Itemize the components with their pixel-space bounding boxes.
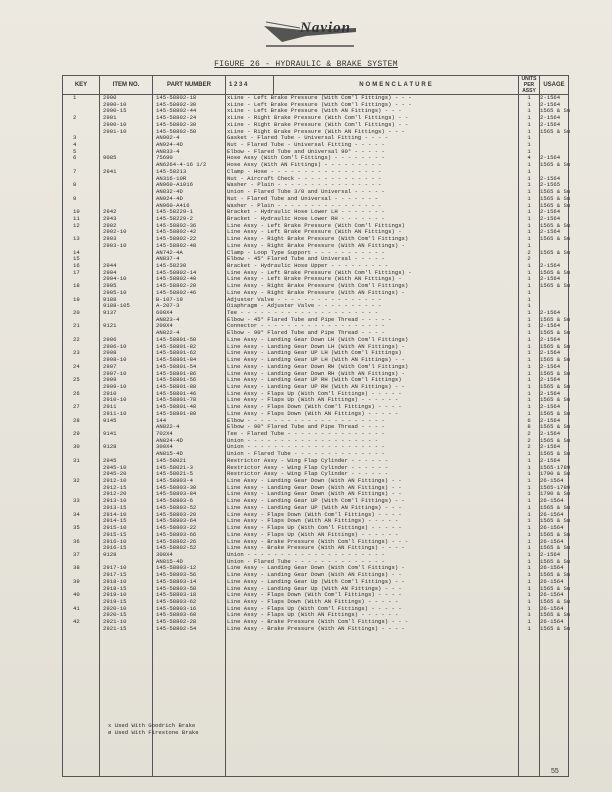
units-cell: 1 bbox=[520, 411, 538, 418]
part-number-cell: AN815-4D bbox=[156, 451, 226, 458]
part-number-cell: 145-58229-1 bbox=[156, 209, 226, 216]
key-cell: 13 bbox=[67, 236, 89, 243]
units-cell: 1 bbox=[520, 122, 538, 129]
usage-cell: 2-1564 bbox=[540, 458, 570, 465]
units-cell: 1 bbox=[520, 364, 538, 371]
units-cell: 1 bbox=[520, 552, 538, 559]
item-no-cell: 2909 bbox=[103, 377, 148, 384]
table-row: 2900-15145-58802-44xLine - Left Brake Pr… bbox=[63, 108, 568, 115]
usage-cell: 26-1564 bbox=[540, 478, 570, 485]
key-cell: 35 bbox=[67, 525, 89, 532]
key-cell: 42 bbox=[67, 619, 89, 626]
nomenclature-cell: Bracket - Hydraulic Hose Upper - - - - -… bbox=[227, 263, 517, 270]
units-cell: 1 bbox=[520, 471, 538, 478]
table-row: 2901-10145-58802-50xLine - Right Brake P… bbox=[63, 129, 568, 136]
part-number-cell: 145-58802-30 bbox=[156, 102, 226, 109]
key-cell: 31 bbox=[67, 458, 89, 465]
table-row: AN824-4DUnion - - - - - - - - - - - - - … bbox=[63, 438, 568, 445]
usage-cell: 2-1564 bbox=[540, 364, 570, 371]
table-row: 72941145-58213Clamp - Hose - - - - - - -… bbox=[63, 169, 568, 176]
usage-cell: 1565 & Subs bbox=[540, 586, 570, 593]
usage-cell: 2-1564 bbox=[540, 276, 570, 283]
table-row: 2913-15145-58803-52Line Assy - Landing G… bbox=[63, 505, 568, 512]
table-row: AN815-4DUnion - Flared Tube - - - - - - … bbox=[63, 451, 568, 458]
usage-cell: 1565 & Subs bbox=[540, 357, 570, 364]
table-row: 382917-10145-58803-12Line Assy - Landing… bbox=[63, 565, 568, 572]
item-no-cell: 2945 bbox=[103, 458, 148, 465]
part-number-cell: 145-58021-5 bbox=[156, 471, 226, 478]
usage-cell: 2-1564 bbox=[540, 310, 570, 317]
nomenclature-cell: xLine - Left Brake Pressure (With AN Fit… bbox=[227, 108, 517, 115]
table-row: 2900-10145-58802-30xLine - Left Brake Pr… bbox=[63, 102, 568, 109]
table-row: AN832-4DUnion - Flared Tube 3/8 and Univ… bbox=[63, 189, 568, 196]
usage-cell: 1565 & Subs bbox=[540, 129, 570, 136]
col-indent-levels: 1 2 3 4 bbox=[226, 76, 274, 94]
usage-cell: 2-1564 bbox=[540, 155, 570, 162]
nomenclature-cell: Clamp - Loop Type Support - - - - - - - … bbox=[227, 250, 517, 257]
table-row: AN316-10RNut - Aircraft Check - - - - - … bbox=[63, 176, 568, 183]
nomenclature-cell: xLine - Right Brake Pressure (With Com'l… bbox=[227, 115, 517, 122]
part-number-cell: 145-58803-66 bbox=[156, 532, 226, 539]
part-number-cell: 145-58803-20 bbox=[156, 512, 226, 519]
table-row: 172904145-58802-14Line Assy - Left Brake… bbox=[63, 270, 568, 277]
table-row: 12900145-58802-18xLine - Left Brake Pres… bbox=[63, 95, 568, 102]
part-number-cell: 145-58801-88 bbox=[156, 384, 226, 391]
part-number-cell: AN822-4 bbox=[156, 424, 226, 431]
table-row: 2917-15145-58803-56Line Assy - Landing G… bbox=[63, 572, 568, 579]
usage-cell: 1790 & Subs bbox=[540, 471, 570, 478]
usage-cell: 1565 & Subs bbox=[540, 223, 570, 230]
part-number-cell: AN822-4 bbox=[156, 330, 226, 337]
table-row: 352915-10145-58803-22Line Assy - Flaps U… bbox=[63, 525, 568, 532]
item-no-cell: 2918-15 bbox=[103, 586, 148, 593]
nomenclature-cell: Union - - - - - - - - - - - - - - - - - … bbox=[227, 444, 517, 451]
table-row: 2912-20145-58803-84Line Assy - Landing G… bbox=[63, 491, 568, 498]
item-no-cell: 2911-10 bbox=[103, 411, 148, 418]
item-no-cell: 2908 bbox=[103, 350, 148, 357]
nomenclature-cell: Line Assy - Landing Gear Down (With AN F… bbox=[227, 485, 517, 492]
units-cell: 1 bbox=[520, 384, 538, 391]
item-no-cell: 2942 bbox=[103, 209, 148, 216]
nomenclature-cell: Line Assy - Left Brake Pressure (With Co… bbox=[227, 270, 517, 277]
key-cell: 22 bbox=[67, 337, 89, 344]
units-cell: 2 bbox=[520, 256, 538, 263]
table-row: 2905-10145-58802-46Line Assy - Right Bra… bbox=[63, 290, 568, 297]
usage-cell: 2-1564 bbox=[540, 95, 570, 102]
nomenclature-cell: xLine - Right Brake Pressure (With Com'l… bbox=[227, 122, 517, 129]
table-row: 182905145-58802-20Line Assy - Right Brak… bbox=[63, 283, 568, 290]
item-no-cell: 2902 bbox=[103, 223, 148, 230]
units-cell: 1 bbox=[520, 357, 538, 364]
nomenclature-cell: Line Assy - Landing Gear Down (With Com'… bbox=[227, 565, 517, 572]
units-cell: 1 bbox=[520, 337, 538, 344]
part-number-cell: 145-58802-42 bbox=[156, 229, 226, 236]
units-cell: 1 bbox=[520, 612, 538, 619]
key-cell: 7 bbox=[67, 169, 89, 176]
item-no-cell: 9085 bbox=[103, 155, 148, 162]
units-cell: 1 bbox=[520, 458, 538, 465]
item-no-cell: 2902-10 bbox=[103, 229, 148, 236]
part-number-cell: 145-58802-28 bbox=[156, 619, 226, 626]
part-number-cell: 145-58802-26 bbox=[156, 539, 226, 546]
usage-cell: 2-1564 bbox=[540, 350, 570, 357]
part-number-cell: 145-58803-22 bbox=[156, 525, 226, 532]
nomenclature-cell: Nut - Aircraft Check - - - - - - - - - -… bbox=[227, 176, 517, 183]
units-cell: 1 bbox=[520, 216, 538, 223]
table-row: 14AN742-4AClamp - Loop Type Support - - … bbox=[63, 250, 568, 257]
usage-cell: 2-1564 bbox=[540, 209, 570, 216]
table-row: 199188B-107-19Adjuster Valve - - - - - -… bbox=[63, 297, 568, 304]
usage-cell: 2-1564 bbox=[540, 176, 570, 183]
nomenclature-cell: Line Assy - Flaps Down (With AN Fittings… bbox=[227, 599, 517, 606]
table-row: 242907145-58801-54Line Assy - Landing Ge… bbox=[63, 364, 568, 371]
part-number-cell: 145-58213 bbox=[156, 169, 226, 176]
units-cell: 1 bbox=[520, 243, 538, 250]
part-number-cell: 145-58229-2 bbox=[156, 216, 226, 223]
item-no-cell: 9188 bbox=[103, 297, 148, 304]
table-row: 2906-10145-58801-82Line Assy - Landing G… bbox=[63, 344, 568, 351]
nomenclature-cell: Line Assy - Landing Gear Down LH (With A… bbox=[227, 344, 517, 351]
figure-title: FIGURE 26 - HYDRAULIC & BRAKE SYSTEM bbox=[0, 60, 612, 69]
item-no-cell: 2945-20 bbox=[103, 471, 148, 478]
col-key: KEY bbox=[63, 76, 100, 94]
table-row: 392918-10145-58803-14Line Assy - Landing… bbox=[63, 579, 568, 586]
item-no-cell: 2907 bbox=[103, 364, 148, 371]
table-row: 22901145-58802-24xLine - Right Brake Pre… bbox=[63, 115, 568, 122]
units-cell: 1 bbox=[520, 619, 538, 626]
key-cell: 4 bbox=[67, 142, 89, 149]
part-number-cell: AN833-4 bbox=[156, 149, 226, 156]
part-number-cell: 145-58803-4 bbox=[156, 478, 226, 485]
nomenclature-cell: Washer - Plain - - - - - - - - - - - - -… bbox=[227, 203, 517, 210]
units-cell: 1 bbox=[520, 142, 538, 149]
part-number-cell: AN924-4D bbox=[156, 142, 226, 149]
usage-cell: 1565 & Subs bbox=[540, 162, 570, 169]
usage-cell: 1565 & Subs bbox=[540, 189, 570, 196]
usage-cell: 1565 & Subs bbox=[540, 203, 570, 210]
col-nomenclature: NOMENCLATURE bbox=[275, 76, 519, 94]
nomenclature-cell: Line Assy - Landing Gear Up (With AN Fit… bbox=[227, 586, 517, 593]
table-row: 2945-10145-58021-3Restrictor Assy - Wing… bbox=[63, 465, 568, 472]
nomenclature-cell: Line Assy - Landing Gear Down (With AN F… bbox=[227, 572, 517, 579]
units-cell: 1 bbox=[520, 391, 538, 398]
nomenclature-cell: xLine - Right Brake Pressure (With AN Fi… bbox=[227, 129, 517, 136]
usage-cell: 2-1564 bbox=[540, 418, 570, 425]
units-cell: 1 bbox=[520, 592, 538, 599]
nomenclature-cell: Line Assy - Flaps Up (With Com'l Fitting… bbox=[227, 525, 517, 532]
table-row: 2912-15145-58803-30Line Assy - Landing G… bbox=[63, 485, 568, 492]
usage-cell: 1565 & Subs bbox=[540, 270, 570, 277]
units-cell: 1 bbox=[520, 283, 538, 290]
nomenclature-cell: Line Assy - Flaps Down (With Com'l Fitti… bbox=[227, 404, 517, 411]
units-cell: 1 bbox=[520, 203, 538, 210]
nomenclature-cell: Adjuster Valve - - - - - - - - - - - - -… bbox=[227, 297, 517, 304]
nomenclature-cell: xLine - Left Brake Pressure (With Com'l … bbox=[227, 102, 517, 109]
item-no-cell: 2912-10 bbox=[103, 478, 148, 485]
table-row: 2914-15145-58803-64Line Assy - Flaps Dow… bbox=[63, 518, 568, 525]
table-row: 15AN837-4Elbow - 45° Flared Tube and Uni… bbox=[63, 256, 568, 263]
nomenclature-cell: xLine - Left Brake Pressure (With Com'l … bbox=[227, 95, 517, 102]
usage-cell: 1790 & Subs bbox=[540, 491, 570, 498]
nomenclature-cell: Line Assy - Right Brake Pressure (With A… bbox=[227, 243, 517, 250]
key-cell: 11 bbox=[67, 216, 89, 223]
part-number-cell: 145-58801-86 bbox=[156, 371, 226, 378]
units-cell: 2 bbox=[520, 250, 538, 257]
part-number-cell: 145-58801-78 bbox=[156, 397, 226, 404]
item-no-cell: 2918-10 bbox=[103, 579, 148, 586]
part-number-cell: 145-58803-60 bbox=[156, 612, 226, 619]
units-cell: 1 bbox=[520, 344, 538, 351]
table-row: 122902145-58802-36Line Assy - Left Brake… bbox=[63, 223, 568, 230]
table-row: 2908-10145-58801-84Line Assy - Landing G… bbox=[63, 357, 568, 364]
part-number-cell: 145-58801-62 bbox=[156, 350, 226, 357]
part-number-cell: 145-58021-3 bbox=[156, 465, 226, 472]
usage-cell: 2-1564 bbox=[540, 444, 570, 451]
units-cell: 1 bbox=[520, 626, 538, 633]
units-cell: 1 bbox=[520, 451, 538, 458]
key-cell: 6 bbox=[67, 155, 89, 162]
units-cell: 2 bbox=[520, 438, 538, 445]
nomenclature-cell: Elbow - 45° Flared Tube and Pipe Thread … bbox=[227, 317, 517, 324]
units-cell: 1 bbox=[520, 176, 538, 183]
nomenclature-cell: Line Assy - Left Brake Pressure (With AN… bbox=[227, 276, 517, 283]
item-no-cell: 2901-10 bbox=[103, 129, 148, 136]
part-number-cell: AN824-4D bbox=[156, 438, 226, 445]
units-cell: 1 bbox=[520, 330, 538, 337]
nomenclature-cell: Union - - - - - - - - - - - - - - - - - … bbox=[227, 552, 517, 559]
item-no-cell: 2900-10 bbox=[103, 102, 148, 109]
item-no-cell: 9128 bbox=[103, 552, 148, 559]
part-number-cell: 145-58801-46 bbox=[156, 391, 226, 398]
nomenclature-cell: Line Assy - Right Brake Pressure (With C… bbox=[227, 283, 517, 290]
units-cell: 1 bbox=[520, 223, 538, 230]
part-number-cell: 145-58802-54 bbox=[156, 626, 226, 633]
table-row: AN822-4Elbow - 90° Flared Tube and Pipe … bbox=[63, 424, 568, 431]
nomenclature-cell: Line Assy - Landing Gear UP RH (With Com… bbox=[227, 377, 517, 384]
part-number-cell: 145-58803-52 bbox=[156, 505, 226, 512]
nomenclature-cell: Line Assy - Right Brake Pressure (With A… bbox=[227, 290, 517, 297]
key-cell: 19 bbox=[67, 297, 89, 304]
table-row: 342914-10145-58803-20Line Assy - Flaps D… bbox=[63, 512, 568, 519]
table-row: 262910145-58801-46Line Assy - Flaps Up (… bbox=[63, 391, 568, 398]
key-cell: 14 bbox=[67, 250, 89, 257]
nomenclature-cell: Elbow - - - - - - - - - - - - - - - - - … bbox=[227, 418, 517, 425]
table-row: 222906145-58801-50Line Assy - Landing Ge… bbox=[63, 337, 568, 344]
nomenclature-cell: Line Assy - Flaps Up (With Com'l Fitting… bbox=[227, 606, 517, 613]
table-row: 2910-10145-58801-78Line Assy - Flaps Up … bbox=[63, 397, 568, 404]
units-cell: 1 bbox=[520, 209, 538, 216]
units-cell: 1 bbox=[520, 377, 538, 384]
usage-cell: 2-1564 bbox=[540, 404, 570, 411]
nomenclature-cell: Line Assy - Brake Pressure (With Com'l F… bbox=[227, 539, 517, 546]
nomenclature-cell: Line Assy - Landing Gear Up (With Com'l … bbox=[227, 579, 517, 586]
key-cell: 29 bbox=[67, 431, 89, 438]
usage-cell: 1565 & Subs bbox=[540, 451, 570, 458]
part-number-cell: 300X4 bbox=[156, 552, 226, 559]
part-number-cell: AN902-4 bbox=[156, 135, 226, 142]
part-number-cell: AN924-4D bbox=[156, 196, 226, 203]
footnote-firestone: ø Used With Firestone Brake bbox=[108, 729, 199, 736]
units-cell: 1 bbox=[520, 102, 538, 109]
usage-cell: 2-1564 bbox=[540, 552, 570, 559]
units-cell: 4 bbox=[520, 155, 538, 162]
nomenclature-cell: Line Assy - Flaps Up (With Com'l Fitting… bbox=[227, 391, 517, 398]
nomenclature-cell: Hose Assy (With Com'l Fittings) - - - - … bbox=[227, 155, 517, 162]
units-cell: 1 bbox=[520, 539, 538, 546]
table-row: 379128300X4Union - - - - - - - - - - - -… bbox=[63, 552, 568, 559]
nomenclature-cell: Line Assy - Right Brake Pressure (With C… bbox=[227, 236, 517, 243]
units-cell: 2 bbox=[520, 444, 538, 451]
nomenclature-cell: Union - Flared Tube 3/8 and Universal - … bbox=[227, 189, 517, 196]
item-no-cell: 2906-10 bbox=[103, 344, 148, 351]
item-no-cell: 2920-15 bbox=[103, 612, 148, 619]
usage-cell: 1565 & Subs bbox=[540, 236, 570, 243]
nomenclature-cell: Line Assy - Flaps Down (With AN Fittings… bbox=[227, 518, 517, 525]
part-number-cell: 145-58801-80 bbox=[156, 411, 226, 418]
usage-cell: 1565 & Subs bbox=[540, 384, 570, 391]
units-cell: 1 bbox=[520, 229, 538, 236]
units-cell: 1 bbox=[520, 95, 538, 102]
usage-cell: 1565-1789 bbox=[540, 485, 570, 492]
units-cell: 1 bbox=[520, 115, 538, 122]
units-cell: 1 bbox=[520, 149, 538, 156]
key-cell: 28 bbox=[67, 418, 89, 425]
usage-cell: 26-1564 bbox=[540, 592, 570, 599]
item-no-cell: 9141 bbox=[103, 431, 148, 438]
item-no-cell: 9188-105 bbox=[103, 303, 148, 310]
nomenclature-cell: Line Assy - Flaps Up (With AN Fittings) … bbox=[227, 532, 517, 539]
units-cell: 2 bbox=[520, 431, 538, 438]
part-number-cell: AN742-4A bbox=[156, 250, 226, 257]
part-number-cell: AN6264-4-16 1/2 bbox=[156, 162, 226, 169]
table-row: AN823-4Elbow - 45° Flared Tube and Pipe … bbox=[63, 317, 568, 324]
nomenclature-cell: Line Assy - Flaps Down (With Com'l Fitti… bbox=[227, 592, 517, 599]
nomenclature-cell: Line Assy - Landing Gear UP RH (With AN … bbox=[227, 384, 517, 391]
usage-cell: 26-1564 bbox=[540, 619, 570, 626]
table-row: 332913-10145-58803-6Line Assy - Landing … bbox=[63, 498, 568, 505]
table-row: 422921-10145-58802-28Line Assy - Brake P… bbox=[63, 619, 568, 626]
units-cell: 1 bbox=[520, 276, 538, 283]
usage-cell: 2-1564 bbox=[540, 377, 570, 384]
table-row: 309128300X4Union - - - - - - - - - - - -… bbox=[63, 444, 568, 451]
part-number-cell: AN815-4D bbox=[156, 559, 226, 566]
key-cell: 32 bbox=[67, 478, 89, 485]
key-cell: 34 bbox=[67, 512, 89, 519]
part-number-cell: 145-58803-18 bbox=[156, 592, 226, 599]
key-cell: 38 bbox=[67, 565, 89, 572]
part-number-cell: 145-58801-56 bbox=[156, 377, 226, 384]
part-number-cell: AN832-4D bbox=[156, 189, 226, 196]
nomenclature-cell: Connector - - - - - - - - - - - - - - - … bbox=[227, 323, 517, 330]
nomenclature-cell: Union - Flared Tube - - - - - - - - - - … bbox=[227, 451, 517, 458]
key-cell: 33 bbox=[67, 498, 89, 505]
units-cell: 1 bbox=[520, 478, 538, 485]
table-row: AN822-4Elbow - 90° Flared Tube and Pipe … bbox=[63, 330, 568, 337]
units-cell: 1 bbox=[520, 599, 538, 606]
item-no-cell: 2913-15 bbox=[103, 505, 148, 512]
units-cell: 1 bbox=[520, 297, 538, 304]
units-cell: 1 bbox=[520, 525, 538, 532]
table-row: 209137600X4Tee - - - - - - - - - - - - -… bbox=[63, 310, 568, 317]
part-number-cell: 145-58802-52 bbox=[156, 545, 226, 552]
units-cell: 1 bbox=[520, 606, 538, 613]
units-cell: 1 bbox=[520, 236, 538, 243]
units-cell: 1 bbox=[520, 532, 538, 539]
part-number-cell: 145-58803-62 bbox=[156, 599, 226, 606]
table-row: 2919-15145-58803-62Line Assy - Flaps Dow… bbox=[63, 599, 568, 606]
key-cell: 12 bbox=[67, 223, 89, 230]
nomenclature-cell: Union - - - - - - - - - - - - - - - - - … bbox=[227, 438, 517, 445]
table-row: 2920-15145-58803-60Line Assy - Flaps Up … bbox=[63, 612, 568, 619]
usage-cell: 2-1564 bbox=[540, 102, 570, 109]
part-number-cell: 145-58802-24 bbox=[156, 115, 226, 122]
part-number-cell: 145-58803-56 bbox=[156, 572, 226, 579]
item-no-cell: 2900-10 bbox=[103, 122, 148, 129]
part-number-cell: 145-58802-30 bbox=[156, 122, 226, 129]
item-no-cell: 2901 bbox=[103, 115, 148, 122]
key-cell: 25 bbox=[67, 377, 89, 384]
part-number-cell: 600X4 bbox=[156, 310, 226, 317]
key-cell: 18 bbox=[67, 283, 89, 290]
usage-cell: 1565 & Subs bbox=[540, 283, 570, 290]
table-row: 299141702X4Tee - Flared Tube - - - - - -… bbox=[63, 431, 568, 438]
table-row: 2900-10145-58802-30xLine - Right Brake P… bbox=[63, 122, 568, 129]
item-no-cell: 2912-15 bbox=[103, 485, 148, 492]
table-row: 5AN833-4Elbow - Flared Tube and Universa… bbox=[63, 149, 568, 156]
nomenclature-cell: Restrictor Assy - Wing Flap Cylinder - -… bbox=[227, 465, 517, 472]
part-number-cell: 145-58802-50 bbox=[156, 129, 226, 136]
item-no-cell: 2907-10 bbox=[103, 371, 148, 378]
units-cell: 1 bbox=[520, 485, 538, 492]
usage-cell: 1565 & Subs bbox=[540, 108, 570, 115]
nomenclature-cell: Elbow - 45° Flared Tube and Universal - … bbox=[227, 256, 517, 263]
item-no-cell: 2904-10 bbox=[103, 276, 148, 283]
key-cell: 20 bbox=[67, 310, 89, 317]
key-cell: 24 bbox=[67, 364, 89, 371]
usage-cell: 26-1564 bbox=[540, 512, 570, 519]
part-number-cell: AN960-A1016 bbox=[156, 182, 226, 189]
part-number-cell: AN316-10R bbox=[156, 176, 226, 183]
nomenclature-cell: Line Assy - Left Brake Pressure (With AN… bbox=[227, 229, 517, 236]
units-cell: 1 bbox=[520, 465, 538, 472]
units-cell: 1 bbox=[520, 135, 538, 142]
usage-cell: 2-1565 bbox=[540, 182, 570, 189]
usage-cell: 2-1564 bbox=[540, 263, 570, 270]
units-cell: 1 bbox=[520, 518, 538, 525]
units-cell: 8 bbox=[520, 424, 538, 431]
usage-cell: 1565-1789 bbox=[540, 465, 570, 472]
item-no-cell: 9145 bbox=[103, 418, 148, 425]
nomenclature-cell: Line Assy - Landing Gear Down LH (With C… bbox=[227, 337, 517, 344]
page-number: 55 bbox=[551, 768, 559, 775]
nomenclature-cell: Line Assy - Left Brake Pressure (With Co… bbox=[227, 223, 517, 230]
usage-cell: 2-1564 bbox=[540, 323, 570, 330]
units-cell: 1 bbox=[520, 196, 538, 203]
nomenclature-cell: Union - Flared Tube - - - - - - - - - - … bbox=[227, 559, 517, 566]
part-number-cell: AN823-4 bbox=[156, 317, 226, 324]
nomenclature-cell: Restrictor Assy - Wing Flap Cylinder - -… bbox=[227, 471, 517, 478]
units-cell: 1 bbox=[520, 317, 538, 324]
units-cell: 1 bbox=[520, 182, 538, 189]
item-no-cell: 2921-10 bbox=[103, 619, 148, 626]
part-number-cell: 145-58021 bbox=[156, 458, 226, 465]
col-part-number: PART NUMBER bbox=[153, 76, 226, 94]
table-row: 6908575690Hose Assy (With Com'l Fittings… bbox=[63, 155, 568, 162]
item-no-cell: 2944 bbox=[103, 263, 148, 270]
item-no-cell: 2910 bbox=[103, 391, 148, 398]
nomenclature-cell: Bracket - Hydraulic Hose Lower LH - - - … bbox=[227, 209, 517, 216]
table-row: 102942145-58229-1Bracket - Hydraulic Hos… bbox=[63, 209, 568, 216]
